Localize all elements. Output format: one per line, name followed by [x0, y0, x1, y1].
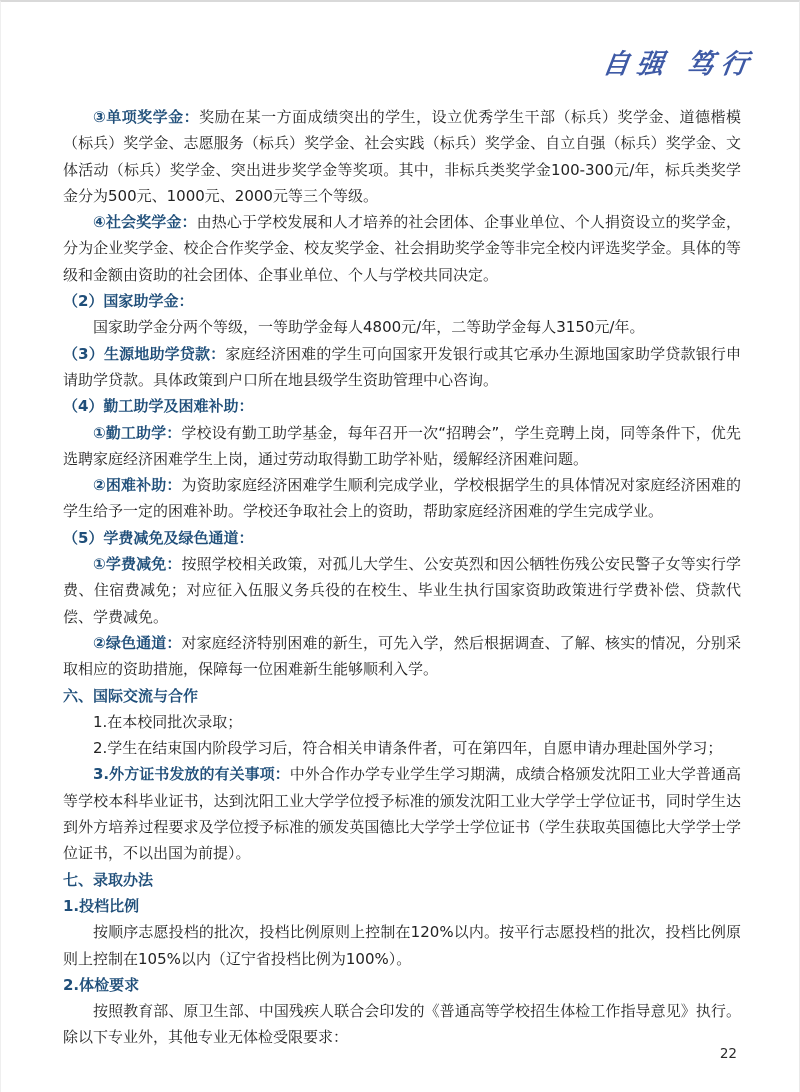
paragraph-lead: ②绿色通道：	[93, 634, 181, 652]
paragraph-lead: ①勤工助学：	[93, 424, 181, 442]
paragraph-lead: （2）国家助学金：	[63, 292, 193, 310]
paragraph-lead: ②困难补助：	[93, 476, 181, 494]
section-heading: 1.投档比例	[63, 893, 741, 919]
paragraph-lead: 七、录取办法	[63, 871, 153, 889]
paragraph: ③单项奖学金：奖励在某一方面成绩突出的学生，设立优秀学生干部（标兵）奖学金、道德…	[63, 104, 741, 209]
paragraph-lead: 六、国际交流与合作	[63, 687, 198, 705]
paragraph: 1.在本校同批次录取；	[63, 709, 741, 735]
section-heading: 七、录取办法	[63, 867, 741, 893]
section-heading: （4）勤工助学及困难补助：	[63, 393, 741, 419]
paragraph-text: 按照教育部、原卫生部、中国残疾人联合会印发的《普通高等学校招生体检工作指导意见》…	[63, 1002, 741, 1046]
document-body: ③单项奖学金：奖励在某一方面成绩突出的学生，设立优秀学生干部（标兵）奖学金、道德…	[63, 104, 741, 1051]
paragraph-text: 1.在本校同批次录取；	[93, 713, 242, 731]
paragraph: 2.学生在结束国内阶段学习后，符合相关申请条件者，可在第四年，自愿申请办理赴国外…	[63, 735, 741, 761]
paragraph-lead: 2.体检要求	[63, 976, 139, 994]
paragraph-text: 按顺序志愿投档的批次，投档比例原则上控制在120%以内。按平行志愿投档的批次，投…	[63, 923, 741, 967]
paragraph-lead: （4）勤工助学及困难补助：	[63, 397, 253, 415]
paragraph-lead: ①学费减免：	[93, 555, 181, 573]
paragraph-lead: 1.投档比例	[63, 897, 139, 915]
section-heading: （2）国家助学金：	[63, 288, 741, 314]
school-motto-calligraphy: 自强 笃行	[600, 42, 758, 81]
page-number: 22	[720, 1046, 737, 1062]
paragraph: 按照教育部、原卫生部、中国残疾人联合会印发的《普通高等学校招生体检工作指导意见》…	[63, 998, 741, 1051]
paragraph-lead: （3）生源地助学贷款：	[63, 345, 225, 363]
document-page: 自强 笃行 ③单项奖学金：奖励在某一方面成绩突出的学生，设立优秀学生干部（标兵）…	[0, 0, 800, 1092]
paragraph: 按顺序志愿投档的批次，投档比例原则上控制在120%以内。按平行志愿投档的批次，投…	[63, 919, 741, 972]
paragraph-lead: ④社会奖学金：	[93, 213, 197, 231]
paragraph: ①学费减免：按照学校相关政策，对孤儿大学生、公安英烈和因公牺牲伤残公安民警子女等…	[63, 551, 741, 630]
section-heading: 六、国际交流与合作	[63, 683, 741, 709]
paragraph-lead: ③单项奖学金：	[93, 108, 199, 126]
paragraph: ①勤工助学：学校设有勤工助学基金，每年召开一次“招聘会”，学生竞聘上岗，同等条件…	[63, 420, 741, 473]
paragraph: ④社会奖学金：由热心于学校发展和人才培养的社会团体、企事业单位、个人捐资设立的奖…	[63, 209, 741, 288]
paragraph: ②困难补助：为资助家庭经济困难学生顺利完成学业，学校根据学生的具体情况对家庭经济…	[63, 472, 741, 525]
paragraph: 国家助学金分两个等级，一等助学金每人4800元/年，二等助学金每人3150元/年…	[63, 314, 741, 340]
paragraph: ②绿色通道：对家庭经济特别困难的新生，可先入学，然后根据调查、了解、核实的情况，…	[63, 630, 741, 683]
paragraph: （3）生源地助学贷款：家庭经济困难的学生可向国家开发银行或其它承办生源地国家助学…	[63, 341, 741, 394]
section-heading: （5）学费减免及绿色通道：	[63, 525, 741, 551]
paragraph-lead: 3.外方证书发放的有关事项：	[93, 765, 290, 783]
paragraph: 3.外方证书发放的有关事项：中外合作办学专业学生学习期满，成绩合格颁发沈阳工业大…	[63, 761, 741, 866]
paragraph-lead: （5）学费减免及绿色通道：	[63, 529, 253, 547]
paragraph-text: 国家助学金分两个等级，一等助学金每人4800元/年，二等助学金每人3150元/年…	[93, 318, 644, 336]
section-heading: 2.体检要求	[63, 972, 741, 998]
paragraph-text: 2.学生在结束国内阶段学习后，符合相关申请条件者，可在第四年，自愿申请办理赴国外…	[93, 739, 722, 757]
